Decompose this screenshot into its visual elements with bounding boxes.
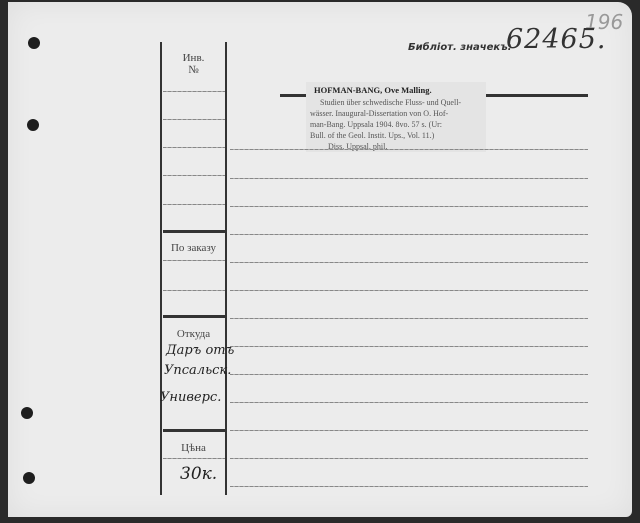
rule [163, 290, 225, 291]
rule [230, 318, 588, 319]
rule [163, 119, 225, 120]
rule [230, 402, 588, 403]
rule [230, 290, 588, 291]
catalog-card: 196 Библіот. значекъ: 62465. Инв. № По з… [8, 2, 632, 517]
section-divider [163, 315, 225, 318]
source-label: Откуда [162, 328, 225, 340]
column-right-border [225, 42, 227, 495]
rule [230, 178, 588, 179]
rule [163, 458, 225, 459]
section-divider [163, 230, 225, 233]
punch-hole [23, 472, 35, 484]
rule [163, 175, 225, 176]
rule [163, 260, 225, 261]
punch-hole [27, 119, 39, 131]
order-label: По заказу [162, 242, 225, 254]
rule [230, 234, 588, 235]
source-handwritten-1: Даръ отъ [166, 343, 234, 358]
catalog-slip: HOFMAN-BANG, Ove Malling. Studien über s… [306, 82, 486, 152]
slip-heading: HOFMAN-BANG, Ove Malling. [314, 85, 432, 95]
rule [230, 458, 588, 459]
library-mark-value: 62465. [506, 24, 606, 55]
slip-line: Bull. of the Geol. Instit. Ups., Vol. 11… [310, 131, 434, 140]
rule [230, 206, 588, 207]
rule [163, 147, 225, 148]
slip-line: Studien über schwedische Fluss- und Quel… [320, 98, 461, 107]
slip-line: wässer. Inaugural-Dissertation von O. Ho… [310, 109, 448, 118]
rule [230, 486, 588, 487]
punch-hole [28, 37, 40, 49]
rule [230, 346, 588, 347]
library-mark-label: Библіот. значекъ: [408, 42, 512, 53]
rule [230, 374, 588, 375]
section-divider [163, 429, 225, 432]
rule [163, 91, 225, 92]
rule [230, 262, 588, 263]
column-left-border [160, 42, 162, 495]
rule [230, 430, 588, 431]
punch-hole [21, 407, 33, 419]
source-handwritten-2: Упсальск. [164, 363, 231, 378]
rule [230, 149, 588, 150]
slip-line: man-Bang. Uppsala 1904. 8vo. 57 s. (Ur: [310, 120, 442, 129]
price-handwritten: 30к. [180, 464, 217, 484]
price-label: Цѣна [162, 442, 225, 454]
rule [163, 204, 225, 205]
source-handwritten-3: Универс. [160, 390, 221, 405]
inventory-label: Инв. № [162, 52, 225, 76]
